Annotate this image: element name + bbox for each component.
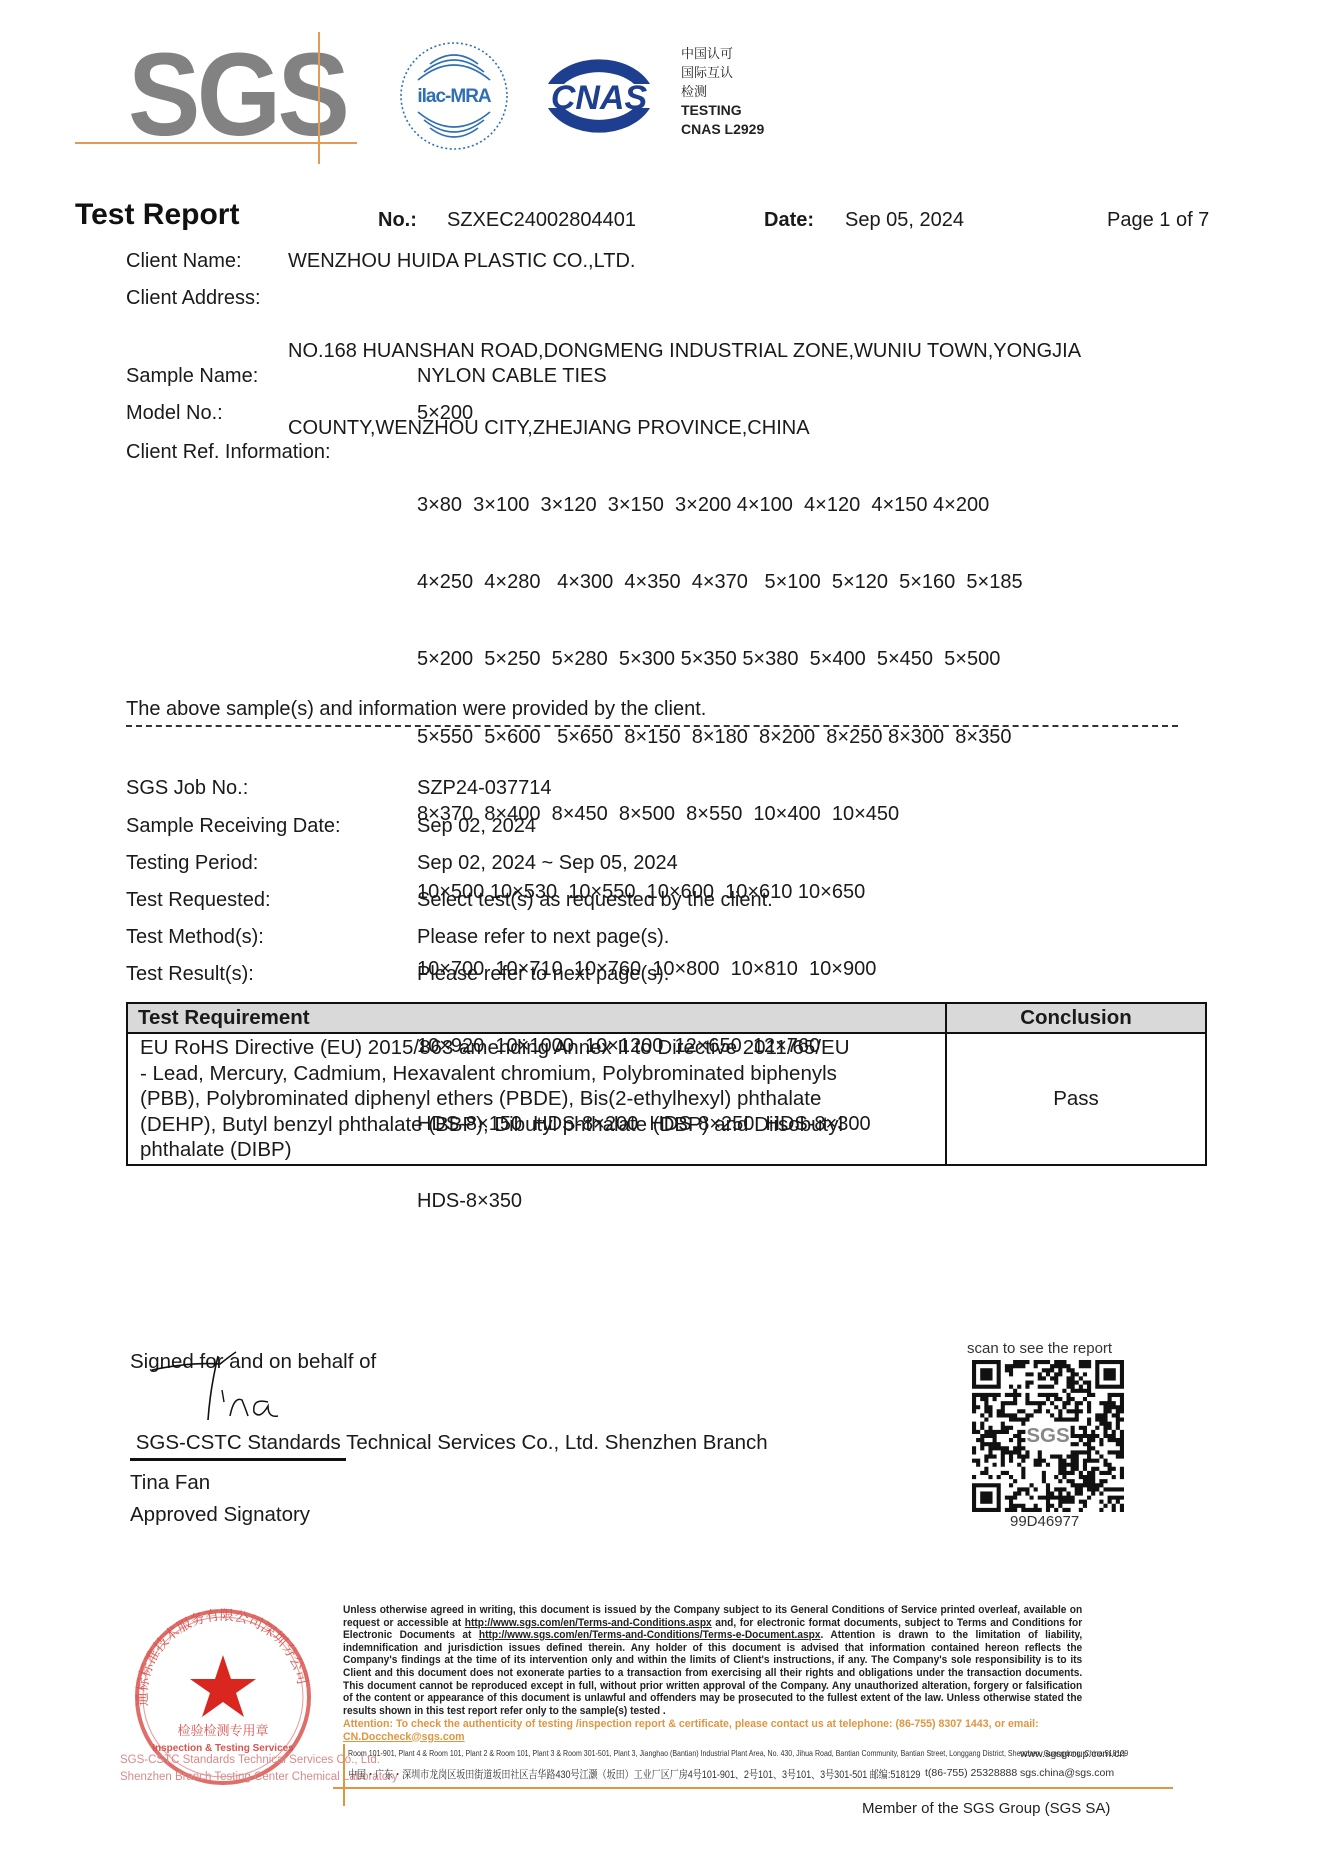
testing-period: Sep 02, 2024 ~ Sep 05, 2024 — [417, 852, 678, 875]
accreditation-line: 检测 — [681, 82, 764, 101]
doccheck-email-link[interactable]: CN.Doccheck@sgs.com — [343, 1731, 465, 1743]
receiving-date: Sep 02, 2024 — [417, 815, 536, 838]
logo-orange-rule-vertical — [318, 32, 320, 164]
client-ref-line: 5×550 5×600 5×650 8×150 8×180 8×200 8×25… — [417, 725, 1023, 751]
sgs-logo: SGS — [128, 36, 346, 154]
testing-period-label: Testing Period: — [126, 852, 258, 875]
test-result: Please refer to next page(s). — [417, 963, 669, 986]
client-name: WENZHOU HUIDA PLASTIC CO.,LTD. — [288, 250, 635, 273]
conclusion-cell: Pass — [946, 1033, 1206, 1165]
provided-by-client-note: The above sample(s) and information were… — [126, 698, 706, 721]
accreditation-text: 中国认可 国际互认 检测 TESTING CNAS L2929 — [681, 44, 764, 139]
office-phone: t(86-755) 25328888 — [925, 1767, 1017, 1779]
requirement-line: EU RoHS Directive (EU) 2015/863 amending… — [140, 1035, 933, 1061]
page-indicator: Page 1 of 7 — [1107, 209, 1209, 232]
office-address-cn: 中国・广东・深圳市龙岗区坂田街道坂田社区吉华路430号江灏（坂田）工业厂区厂房4… — [348, 1766, 920, 1782]
requirement-line: (PBB), Polybrominated diphenyl ethers (P… — [140, 1086, 933, 1112]
footer-orange-rule-horizontal — [333, 1787, 1173, 1789]
legal-text: . Attention is drawn to the limitation o… — [343, 1629, 1082, 1717]
footer-orange-rule-vertical — [343, 1744, 345, 1806]
table-row: EU RoHS Directive (EU) 2015/863 amending… — [127, 1033, 1206, 1165]
model-no-label: Model No.: — [126, 402, 223, 425]
client-ref-line: HDS-8×350 — [417, 1189, 1023, 1215]
attention-text: Attention: To check the authenticity of … — [343, 1718, 1039, 1730]
sample-name: NYLON CABLE TIES — [417, 365, 607, 388]
seal-center-cn: 检验检测专用章 — [177, 1723, 268, 1739]
accreditation-line: CNAS L2929 — [681, 120, 764, 139]
sgs-group-membership: Member of the SGS Group (SGS SA) — [862, 1800, 1110, 1817]
accreditation-line: 中国认可 — [681, 44, 764, 63]
qr-verification-code: 99D46977 — [1010, 1513, 1079, 1530]
cnas-text: CNAS — [551, 79, 648, 117]
report-number: SZXEC24002804401 — [447, 209, 636, 232]
e-document-terms-link[interactable]: http://www.sgs.com/en/Terms-and-Conditio… — [479, 1629, 821, 1641]
results-table: Test Requirement Conclusion EU RoHS Dire… — [126, 1002, 1207, 1166]
report-date: Sep 05, 2024 — [845, 209, 964, 232]
model-no: 5×200 — [417, 402, 473, 425]
legal-disclaimer: Unless otherwise agreed in writing, this… — [343, 1604, 1082, 1717]
page-title: Test Report — [75, 198, 239, 232]
handwritten-signature-icon — [150, 1350, 330, 1440]
client-address-label: Client Address: — [126, 287, 261, 310]
test-requirement-cell: EU RoHS Directive (EU) 2015/863 amending… — [127, 1033, 946, 1165]
job-no: SZP24-037714 — [417, 777, 552, 800]
test-method-label: Test Method(s): — [126, 926, 264, 949]
client-ref-line: 5×200 5×250 5×280 5×300 5×350 5×380 5×40… — [417, 647, 1023, 673]
report-date-label: Date: — [764, 209, 814, 232]
qr-code-icon[interactable]: SGS — [972, 1360, 1124, 1512]
client-ref-label: Client Ref. Information: — [126, 441, 331, 464]
accreditation-line: TESTING — [681, 101, 764, 120]
qr-caption: scan to see the report — [967, 1340, 1112, 1357]
report-number-label: No.: — [378, 209, 417, 232]
signatory-title: Approved Signatory — [130, 1503, 310, 1527]
accreditation-line: 国际互认 — [681, 63, 764, 82]
table-header-row: Test Requirement Conclusion — [127, 1003, 1206, 1033]
terms-link[interactable]: http://www.sgs.com/en/Terms-and-Conditio… — [465, 1617, 712, 1629]
website-link[interactable]: www.sgsgroup.com.cn — [1020, 1748, 1125, 1760]
dashed-divider — [126, 725, 1178, 727]
test-method: Please refer to next page(s). — [417, 926, 669, 949]
test-requested: Select test(s) as requested by the clien… — [417, 889, 773, 912]
signature-rule — [130, 1458, 346, 1461]
client-address-line: NO.168 HUANSHAN ROAD,DONGMENG INDUSTRIAL… — [288, 339, 1081, 365]
logo-orange-rule-horizontal — [75, 142, 357, 144]
test-requested-label: Test Requested: — [126, 889, 271, 912]
client-ref-line: 3×80 3×100 3×120 3×150 3×200 4×100 4×120… — [417, 493, 1023, 519]
receiving-date-label: Sample Receiving Date: — [126, 815, 341, 838]
ilac-text: ilac-MRA — [417, 86, 492, 107]
client-ref-line: 4×250 4×280 4×300 4×350 4×370 5×100 5×12… — [417, 570, 1023, 596]
column-header-test-requirement: Test Requirement — [127, 1003, 946, 1033]
client-address-line: COUNTY,WENZHOU CITY,ZHEJIANG PROVINCE,CH… — [288, 416, 1081, 442]
office-address-en: Room 101-901, Plant 4 & Room 101, Plant … — [348, 1748, 1128, 1758]
signatory-name: Tina Fan — [130, 1471, 210, 1495]
sample-name-label: Sample Name: — [126, 365, 258, 388]
requirement-line: phthalate (DIBP) — [140, 1137, 933, 1163]
qr-center-label: SGS — [1026, 1424, 1069, 1447]
job-no-label: SGS Job No.: — [126, 777, 248, 800]
test-result-label: Test Result(s): — [126, 963, 254, 986]
ilac-mra-logo-icon: ilac-MRA — [398, 40, 510, 152]
requirement-line: (DEHP), Butyl benzyl phthalate (BBP), Di… — [140, 1112, 933, 1138]
column-header-conclusion: Conclusion — [946, 1003, 1206, 1033]
office-email-link[interactable]: sgs.china@sgs.com — [1020, 1767, 1114, 1779]
requirement-line: - Lead, Mercury, Cadmium, Hexavalent chr… — [140, 1061, 933, 1087]
authenticity-attention: Attention: To check the authenticity of … — [343, 1718, 1123, 1743]
cnas-logo-icon: CNAS — [530, 46, 668, 146]
client-name-label: Client Name: — [126, 250, 242, 273]
